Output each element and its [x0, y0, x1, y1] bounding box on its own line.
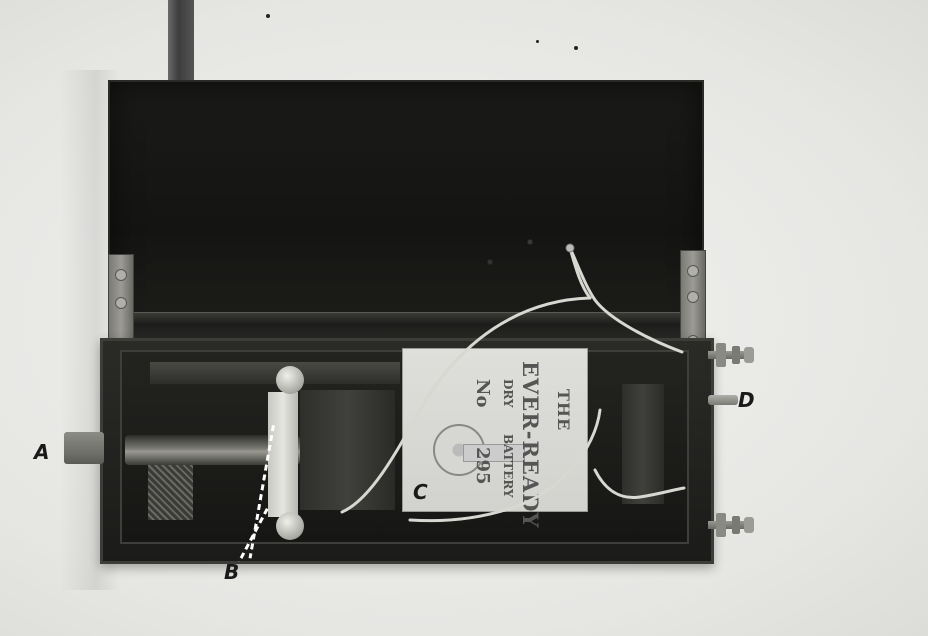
switch-d [708, 395, 738, 405]
label-a: A [34, 440, 49, 464]
binding-post-bottom [708, 513, 754, 537]
battery-brand: EVER-READY [518, 361, 543, 528]
plunger-knob [64, 432, 104, 464]
wood-block [300, 390, 395, 510]
vertical-rod [168, 0, 194, 82]
contact-ball-bottom [276, 512, 304, 540]
battery-label: THE EVER-READY DRY BATTERY No 295 [403, 349, 587, 511]
label-d: D [738, 388, 755, 412]
screw-icon [115, 297, 127, 309]
dust-speck [266, 14, 270, 18]
dry-cell-battery: THE EVER-READY DRY BATTERY No 295 [402, 348, 588, 512]
contact-strip [268, 392, 298, 517]
binding-post-top [708, 343, 754, 367]
right-wood-block [622, 384, 664, 504]
lid-edge [108, 312, 700, 341]
label-b: B [224, 560, 239, 584]
box-lid [108, 80, 704, 334]
battery-no-label: No [472, 379, 493, 407]
battery-text-the: THE [554, 389, 573, 431]
label-c: C [413, 480, 428, 504]
photograph: THE EVER-READY DRY BATTERY No 295 A B C … [0, 0, 928, 636]
battery-type-top: DRY [501, 379, 515, 408]
screw-icon [687, 291, 699, 303]
battery-number: 295 [472, 447, 493, 485]
dust-speck [536, 40, 539, 43]
contact-ball-top [276, 366, 304, 394]
battery-type-bottom: BATTERY [501, 434, 515, 498]
screw-icon [115, 269, 127, 281]
top-rail [150, 362, 400, 384]
screw-icon [687, 265, 699, 277]
dust-speck [574, 46, 578, 50]
spring [148, 465, 193, 520]
